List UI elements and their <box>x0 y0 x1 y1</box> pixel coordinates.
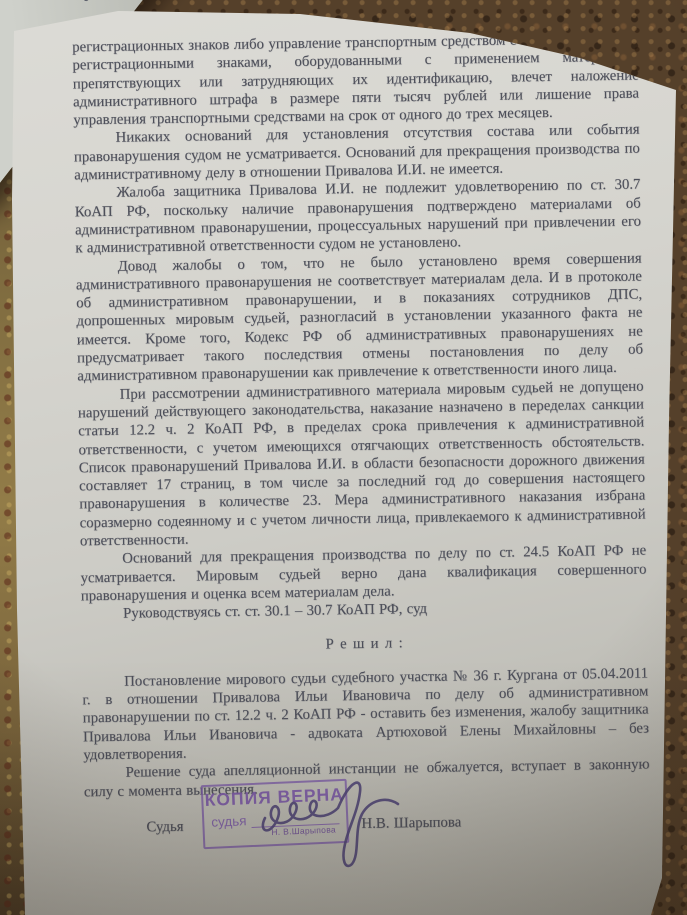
judge-role-label: Судья <box>146 818 183 837</box>
ruling-heading: Р е ш и л : <box>81 630 647 657</box>
ruling-paragraph: Постановление мирового судьи судебного у… <box>82 664 649 764</box>
stamp-judge-name: Н. В.Шарыпова <box>271 824 336 837</box>
document-text: регистрационных знаков либо управление т… <box>72 30 650 838</box>
body-paragraph: Жалоба защитника Привалова И.И. не подле… <box>74 176 641 258</box>
stamp-role-label: судья <box>211 813 247 830</box>
copy-stamp: КОПИЯ ВЕРНА судья Н. В.Шарыпова <box>201 779 350 849</box>
body-paragraph: Довод жалобы о том, что не было установл… <box>75 249 643 386</box>
signature-block: Судья Н.В. Шарыпова <box>84 810 650 837</box>
stamp-title: КОПИЯ ВЕРНА <box>203 784 346 811</box>
stamp-signature-line: Н. В.Шарыпова <box>251 810 339 828</box>
body-paragraph: Оснований для прекращения производства п… <box>80 542 647 606</box>
ruling-paragraph: Решение суда апелляционной инстанции не … <box>83 756 650 801</box>
stamp-signature-row: судья Н. В.Шарыпова <box>204 809 347 830</box>
photo-of-court-document: ностью ить его в ственности на нем регис… <box>0 0 687 915</box>
judge-name: Н.В. Шарыпова <box>361 813 461 833</box>
body-paragraph: регистрационных знаков либо управление т… <box>72 30 639 130</box>
court-decision-page: регистрационных знаков либо управление т… <box>0 0 687 915</box>
body-paragraph: Никаких оснований для установления отсут… <box>73 121 640 185</box>
body-paragraph: При рассмотрении административного матер… <box>77 377 646 551</box>
